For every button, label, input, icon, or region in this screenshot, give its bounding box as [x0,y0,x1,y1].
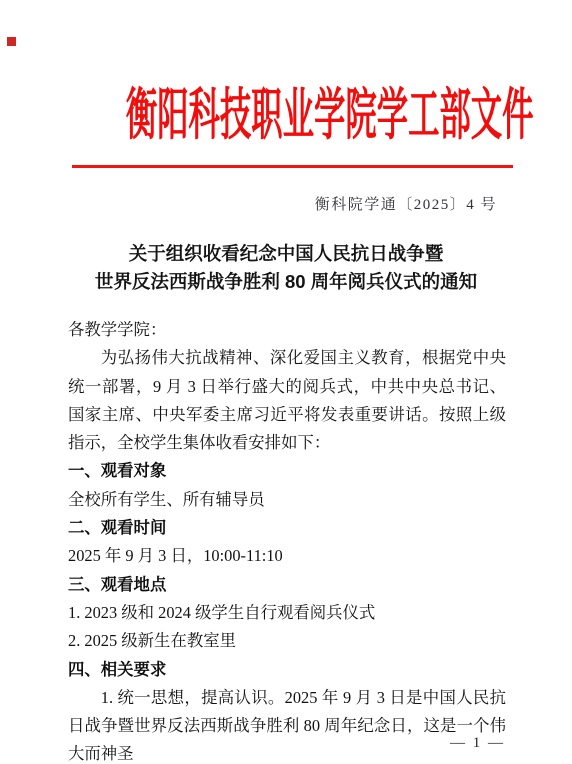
section-4-heading: 四、相关要求 [68,656,506,684]
section-3-line-2: 2. 2025 级新生在教室里 [68,627,506,655]
section-2-heading: 二、观看时间 [68,514,506,542]
document-title: 关于组织收看纪念中国人民抗日战争暨 世界反法西斯战争胜利 80 周年阅兵仪式的通… [0,240,572,296]
section-3-heading: 三、观看地点 [68,571,506,599]
document-page: 衡阳科技职业学院学工部文件 衡科院学通〔2025〕4 号 关于组织收看纪念中国人… [0,0,572,764]
salutation: 各教学学院： [68,316,506,344]
section-1-line: 全校所有学生、所有辅导员 [68,486,506,514]
intro-paragraph: 为弘扬伟大抗战精神、深化爱国主义教育，根据党中央统一部署，9 月 3 日举行盛大… [68,344,506,457]
section-2-line: 2025 年 9 月 3 日，10:00-11:10 [68,542,506,570]
document-title-line-1: 关于组织收看纪念中国人民抗日战争暨 [0,240,572,268]
section-3-line-1: 1. 2023 级和 2024 级学生自行观看阅兵仪式 [68,599,506,627]
section-1-heading: 一、观看对象 [68,457,506,485]
red-corner-mark [7,37,16,46]
document-title-line-2: 世界反法西斯战争胜利 80 周年阅兵仪式的通知 [0,268,572,296]
document-number: 衡科院学通〔2025〕4 号 [0,193,497,214]
document-body: 各教学学院： 为弘扬伟大抗战精神、深化爱国主义教育，根据党中央统一部署，9 月 … [68,316,506,764]
letterhead-org-title: 衡阳科技职业学院学工部文件 [126,86,446,146]
page-number: — 1 — [0,735,505,752]
letterhead-rule [72,165,513,168]
